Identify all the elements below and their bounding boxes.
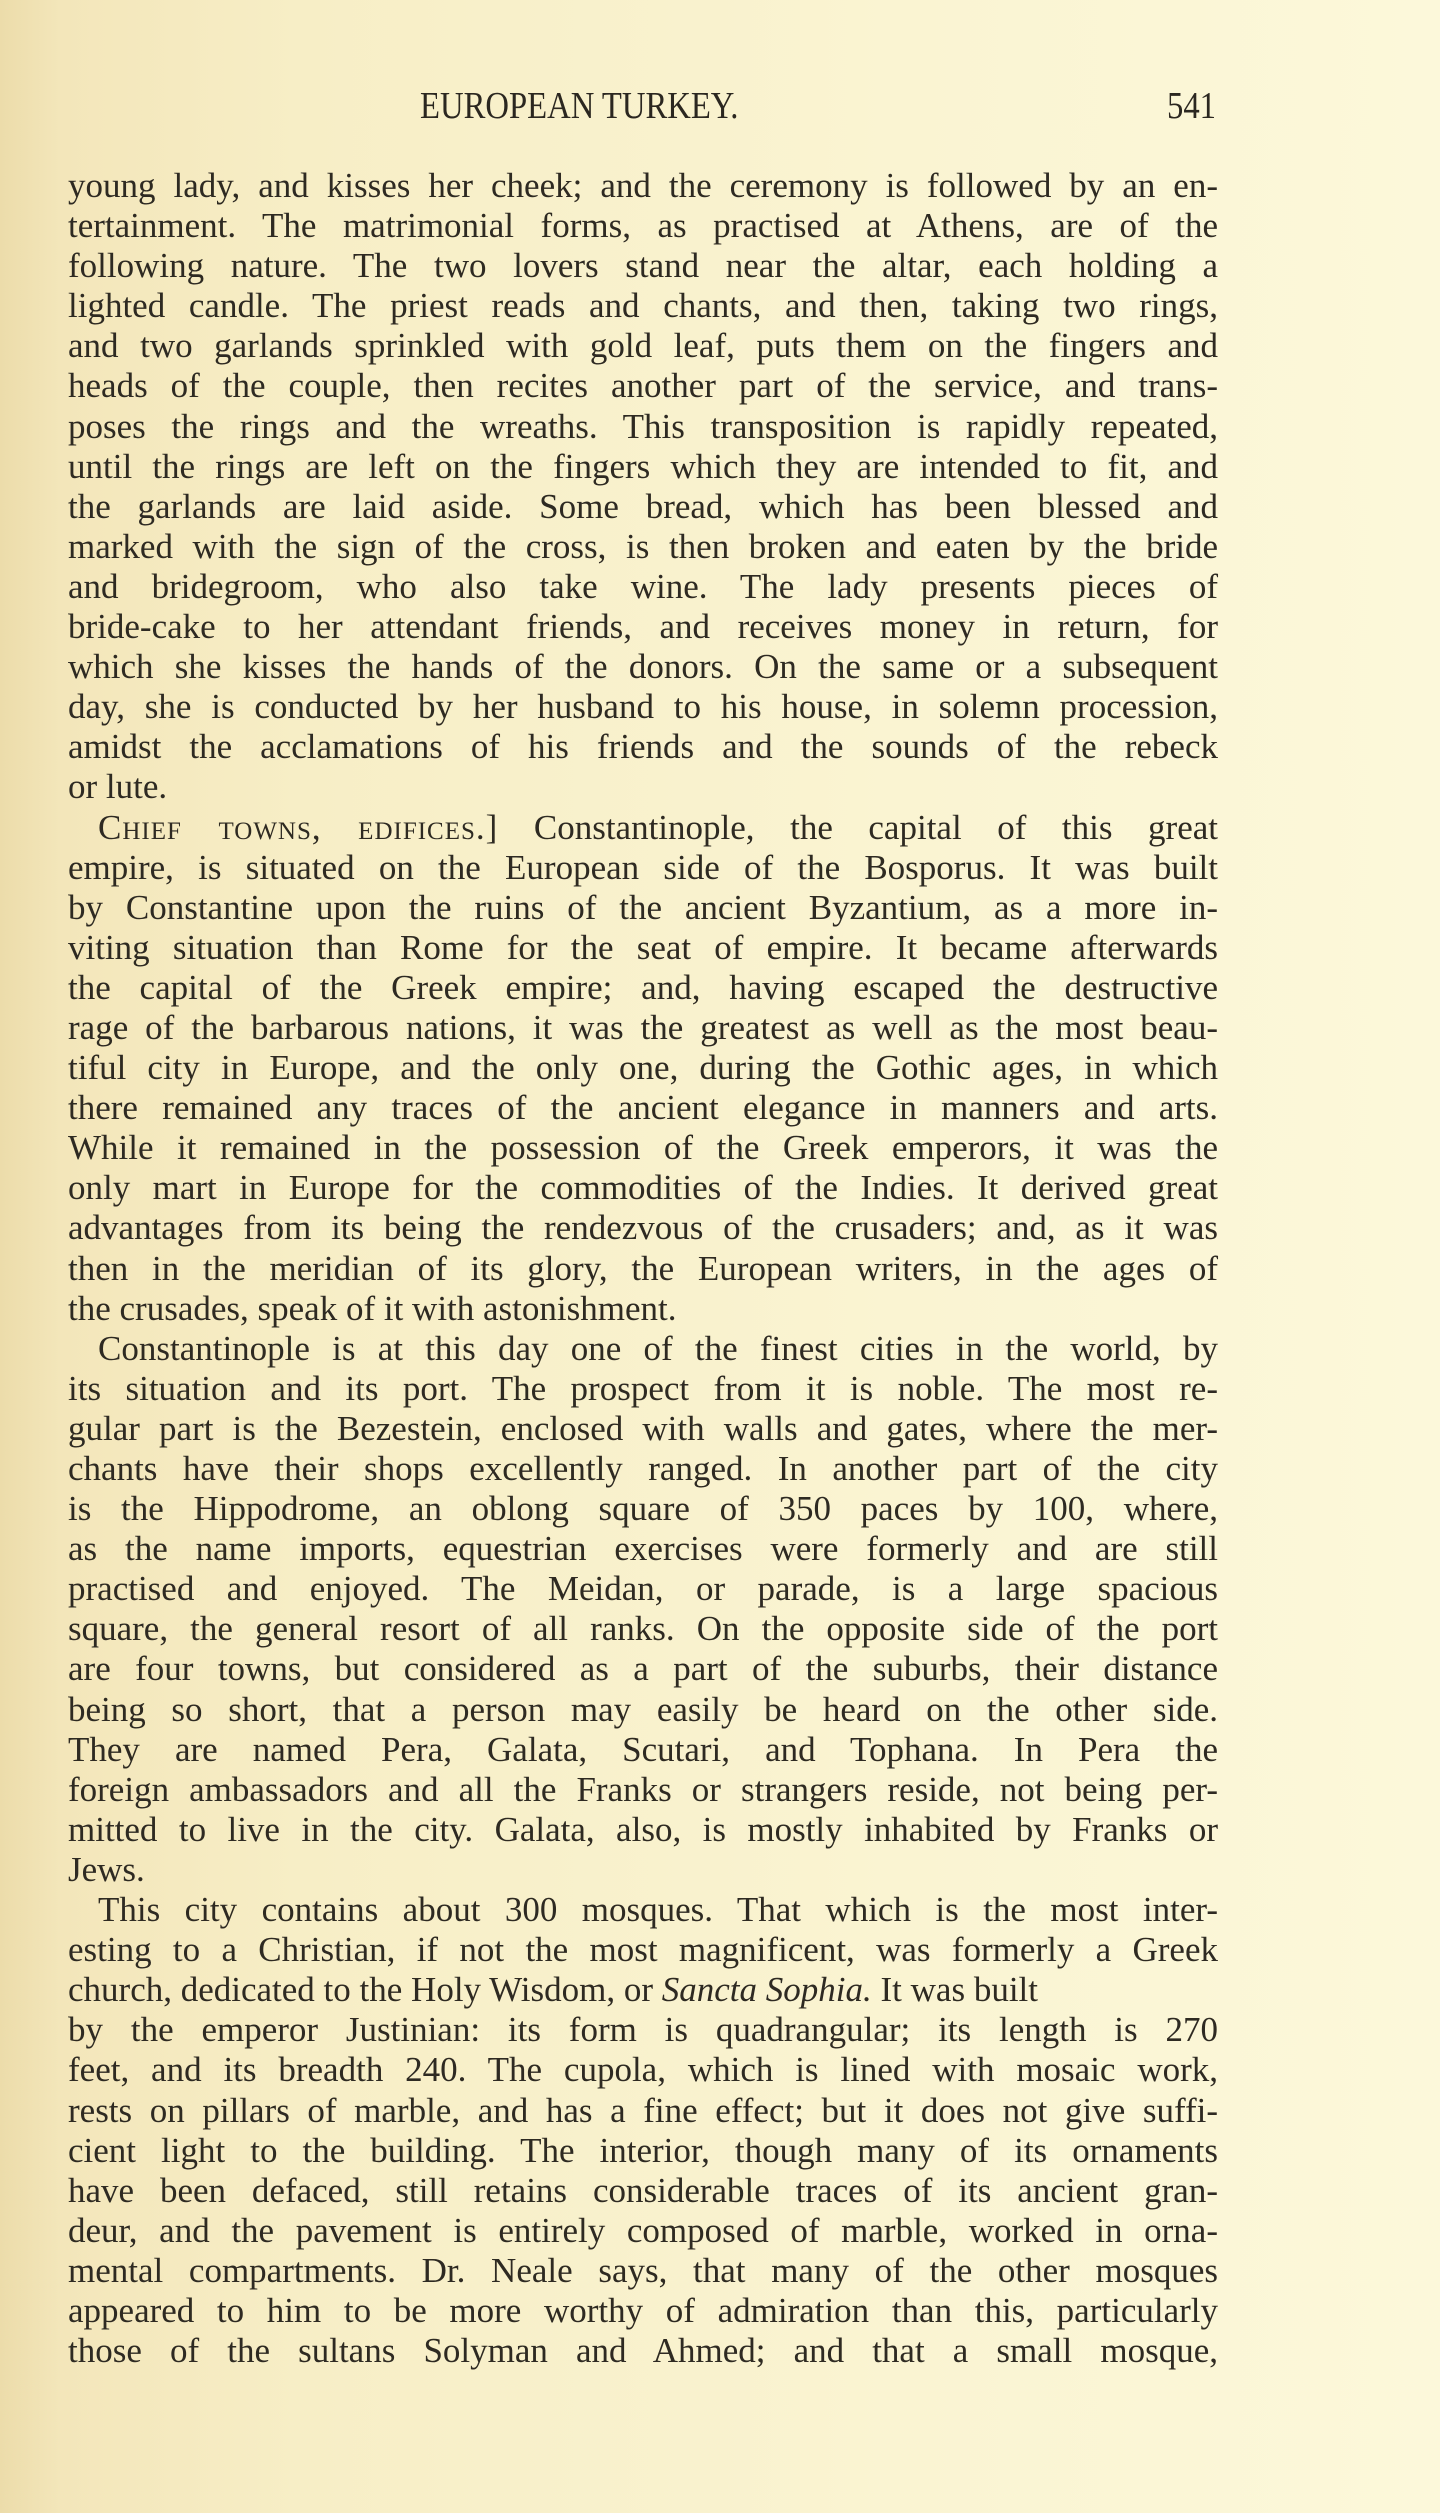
text-line: until the rings are left on the fingers … <box>68 447 1218 487</box>
text-line: tiful city in Europe, and the only one, … <box>68 1048 1218 1088</box>
line-text: and two garlands sprinkled with gold lea… <box>68 326 1218 365</box>
line-text: practised and enjoyed. The Meidan, or pa… <box>68 1569 1218 1608</box>
text-line: is the Hippodrome, an oblong square of 3… <box>68 1489 1218 1529</box>
line-text: by Constantine upon the ruins of the anc… <box>68 888 1218 927</box>
line-text: Jews. <box>68 1850 145 1889</box>
line-text: This city contains about 300 mosques. Th… <box>98 1890 1218 1929</box>
line-text: esting to a Christian, if not the most m… <box>68 1930 1218 1969</box>
line-text: marked with the sign of the cross, is th… <box>68 527 1218 566</box>
text-line: amidst the acclamations of his friends a… <box>68 727 1218 767</box>
line-text: being so short, that a person may easily… <box>68 1690 1218 1729</box>
text-line: While it remained in the possession of t… <box>68 1128 1218 1168</box>
line-text: Constantinople, the capital of this grea… <box>498 808 1218 847</box>
text-line: are four towns, but considered as a part… <box>68 1649 1218 1689</box>
line-text: only mart in Europe for the commodities … <box>68 1168 1218 1207</box>
text-line: chants have their shops excellently rang… <box>68 1449 1218 1489</box>
text-line: or lute. <box>68 767 1218 807</box>
line-text: lighted candle. The priest reads and cha… <box>68 286 1218 325</box>
line-text: or lute. <box>68 767 167 806</box>
book-page: EUROPEAN TURKEY. 541 young lady, and kis… <box>0 0 1440 2513</box>
text-line: have been defaced, still retains conside… <box>68 2171 1218 2211</box>
line-text: advantages from its being the rendezvous… <box>68 1208 1218 1247</box>
line-text: following nature. The two lovers stand n… <box>68 246 1218 285</box>
section-heading: Chief towns, edifices.] <box>98 808 498 847</box>
text-line: practised and enjoyed. The Meidan, or pa… <box>68 1569 1218 1609</box>
line-text: have been defaced, still retains conside… <box>68 2171 1218 2210</box>
line-text: the garlands are laid aside. Some bread,… <box>68 487 1218 526</box>
text-line: by the emperor Justinian: its form is qu… <box>68 2010 1218 2050</box>
text-line: rests on pillars of marble, and has a fi… <box>68 2091 1218 2131</box>
line-text: until the rings are left on the fingers … <box>68 447 1218 486</box>
text-line: as the name imports, equestrian exercise… <box>68 1529 1218 1569</box>
line-text: are four towns, but considered as a part… <box>68 1649 1218 1688</box>
line-text: which she kisses the hands of the donors… <box>68 647 1218 686</box>
text-line: only mart in Europe for the commodities … <box>68 1168 1218 1208</box>
line-text: is the Hippodrome, an oblong square of 3… <box>68 1489 1218 1528</box>
text-line: heads of the couple, then recites anothe… <box>68 366 1218 406</box>
text-line: square, the general resort of all ranks.… <box>68 1609 1218 1649</box>
text-line: esting to a Christian, if not the most m… <box>68 1930 1218 1970</box>
line-text: foreign ambassadors and all the Franks o… <box>68 1770 1218 1809</box>
text-line: advantages from its being the rendezvous… <box>68 1208 1218 1248</box>
text-line: church, dedicated to the Holy Wisdom, or… <box>68 1970 1218 2010</box>
italic-term: Sancta Sophia. <box>662 1970 872 2009</box>
text-line: mitted to live in the city. Galata, also… <box>68 1810 1218 1850</box>
page-number: 541 <box>1167 86 1216 126</box>
text-line: by Constantine upon the ruins of the anc… <box>68 888 1218 928</box>
text-line: the garlands are laid aside. Some bread,… <box>68 487 1218 527</box>
line-text: there remained any traces of the ancient… <box>68 1088 1218 1127</box>
text-line: cient light to the building. The interio… <box>68 2131 1218 2171</box>
line-text: bride-cake to her attendant friends, and… <box>68 607 1218 646</box>
text-line: mental compartments. Dr. Neale says, tha… <box>68 2251 1218 2291</box>
line-text: cient light to the building. The interio… <box>68 2131 1218 2170</box>
line-text: appeared to him to be more worthy of adm… <box>68 2291 1218 2330</box>
line-text: the crusades, speak of it with astonishm… <box>68 1289 676 1328</box>
running-head: EUROPEAN TURKEY. 541 <box>68 86 1218 126</box>
text-line: deur, and the pavement is entirely compo… <box>68 2211 1218 2251</box>
line-text: tertainment. The matrimonial forms, as p… <box>68 206 1218 245</box>
line-text: church, dedicated to the Holy Wisdom, or <box>68 1970 662 2009</box>
line-text: young lady, and kisses her cheek; and th… <box>68 166 1218 205</box>
text-line: there remained any traces of the ancient… <box>68 1088 1218 1128</box>
line-text: gular part is the Bezestein, enclosed wi… <box>68 1409 1218 1448</box>
text-line: poses the rings and the wreaths. This tr… <box>68 407 1218 447</box>
line-text: by the emperor Justinian: its form is qu… <box>68 2010 1218 2049</box>
text-line: empire, is situated on the European side… <box>68 848 1218 888</box>
line-text: Constantinople is at this day one of the… <box>98 1329 1218 1368</box>
text-line: day, she is conducted by her husband to … <box>68 687 1218 727</box>
line-text: While it remained in the possession of t… <box>68 1128 1218 1167</box>
text-line: being so short, that a person may easily… <box>68 1690 1218 1730</box>
text-line: Constantinople is at this day one of the… <box>68 1329 1218 1369</box>
text-line: the capital of the Greek empire; and, ha… <box>68 968 1218 1008</box>
text-line: appeared to him to be more worthy of adm… <box>68 2291 1218 2331</box>
line-text: then in the meridian of its glory, the E… <box>68 1249 1218 1288</box>
text-line: viting situation than Rome for the seat … <box>68 928 1218 968</box>
line-text: rage of the barbarous nations, it was th… <box>68 1008 1218 1047</box>
text-line: its situation and its port. The prospect… <box>68 1369 1218 1409</box>
line-text: mitted to live in the city. Galata, also… <box>68 1810 1218 1849</box>
line-text: viting situation than Rome for the seat … <box>68 928 1218 967</box>
text-line: rage of the barbarous nations, it was th… <box>68 1008 1218 1048</box>
body-text: young lady, and kisses her cheek; and th… <box>68 166 1218 2371</box>
text-line: marked with the sign of the cross, is th… <box>68 527 1218 567</box>
line-text: rests on pillars of marble, and has a fi… <box>68 2091 1218 2130</box>
text-line: and bridegroom, who also take wine. The … <box>68 567 1218 607</box>
line-text: mental compartments. Dr. Neale says, tha… <box>68 2251 1218 2290</box>
line-text: the capital of the Greek empire; and, ha… <box>68 968 1218 1007</box>
text-line: Jews. <box>68 1850 1218 1890</box>
text-line: feet, and its breadth 240. The cupola, w… <box>68 2050 1218 2090</box>
line-text: It was built <box>872 1970 1038 2009</box>
line-text: as the name imports, equestrian exercise… <box>68 1529 1218 1568</box>
line-text: those of the sultans Solyman and Ahmed; … <box>68 2331 1218 2370</box>
line-text: its situation and its port. The prospect… <box>68 1369 1218 1408</box>
text-line: following nature. The two lovers stand n… <box>68 246 1218 286</box>
text-line: tertainment. The matrimonial forms, as p… <box>68 206 1218 246</box>
text-line: young lady, and kisses her cheek; and th… <box>68 166 1218 206</box>
text-line: Chief towns, edifices.] Constantinople, … <box>68 808 1218 848</box>
line-text: They are named Pera, Galata, Scutari, an… <box>68 1730 1218 1769</box>
line-text: empire, is situated on the European side… <box>68 848 1218 887</box>
line-text: deur, and the pavement is entirely compo… <box>68 2211 1218 2250</box>
line-text: feet, and its breadth 240. The cupola, w… <box>68 2050 1218 2089</box>
text-line: those of the sultans Solyman and Ahmed; … <box>68 2331 1218 2371</box>
text-line: the crusades, speak of it with astonishm… <box>68 1289 1218 1329</box>
text-line: then in the meridian of its glory, the E… <box>68 1249 1218 1289</box>
running-title: EUROPEAN TURKEY. <box>420 86 738 126</box>
text-line: This city contains about 300 mosques. Th… <box>68 1890 1218 1930</box>
line-text: tiful city in Europe, and the only one, … <box>68 1048 1218 1087</box>
line-text: and bridegroom, who also take wine. The … <box>68 567 1218 606</box>
line-text: square, the general resort of all ranks.… <box>68 1609 1218 1648</box>
line-text: chants have their shops excellently rang… <box>68 1449 1218 1488</box>
text-line: which she kisses the hands of the donors… <box>68 647 1218 687</box>
line-text: poses the rings and the wreaths. This tr… <box>68 407 1218 446</box>
text-line: foreign ambassadors and all the Franks o… <box>68 1770 1218 1810</box>
text-line: and two garlands sprinkled with gold lea… <box>68 326 1218 366</box>
text-line: bride-cake to her attendant friends, and… <box>68 607 1218 647</box>
text-line: gular part is the Bezestein, enclosed wi… <box>68 1409 1218 1449</box>
line-text: day, she is conducted by her husband to … <box>68 687 1218 726</box>
text-line: lighted candle. The priest reads and cha… <box>68 286 1218 326</box>
text-line: They are named Pera, Galata, Scutari, an… <box>68 1730 1218 1770</box>
line-text: heads of the couple, then recites anothe… <box>68 366 1218 405</box>
line-text: amidst the acclamations of his friends a… <box>68 727 1218 766</box>
